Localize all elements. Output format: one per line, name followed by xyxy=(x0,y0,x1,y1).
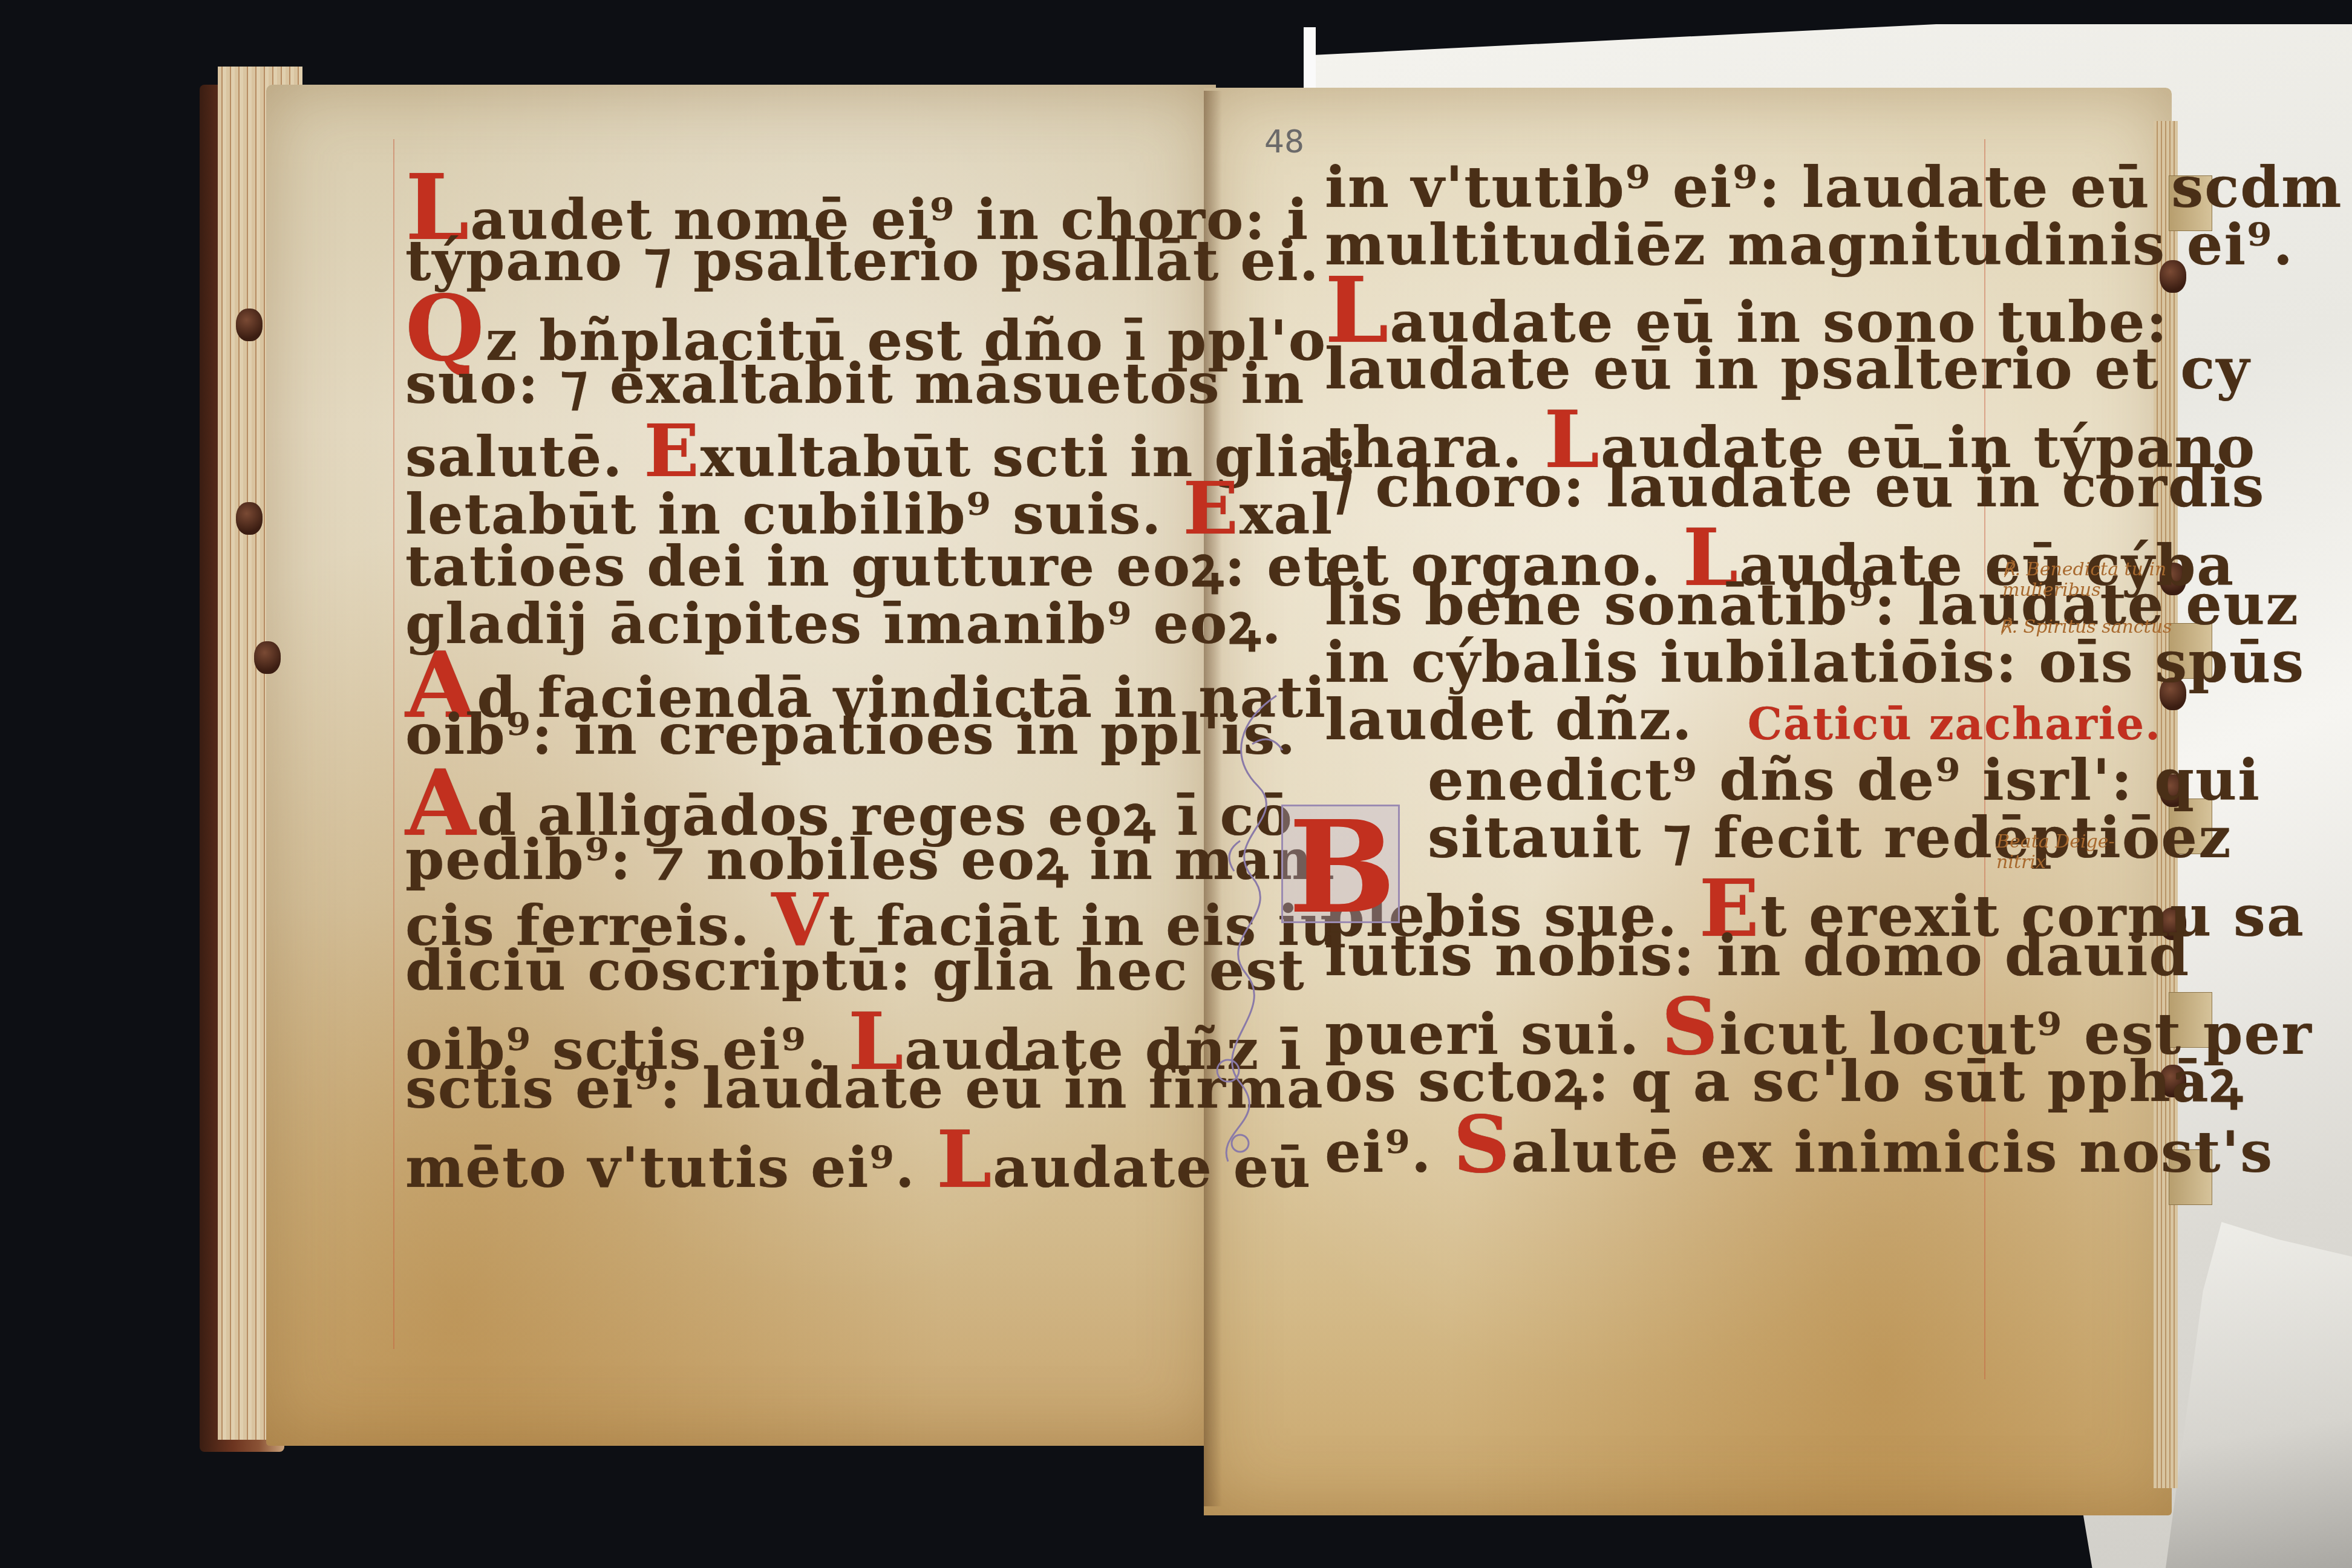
rubricated-initial: S xyxy=(1453,1098,1511,1191)
text-line: in v'tutib⁹ ei⁹: laudate eū scdm xyxy=(1325,154,2343,221)
marginal-note-spiritus: ℟. Spiritus sanctus xyxy=(1999,617,2172,638)
pen-flourish-decoration xyxy=(1204,684,1289,1168)
text-line: ei⁹. Salutē ex inimicis nost's xyxy=(1325,1098,2273,1191)
marginal-note-beata: Beata Deige- nitrix xyxy=(1996,832,2115,873)
text-line: laudet dñz.Cāticū zacharie. xyxy=(1325,687,2161,753)
illuminated-initial-b: B xyxy=(1289,792,1396,942)
text-line: sctis ei⁹: laudate eū in firma xyxy=(405,1056,1324,1121)
marginal-note-benedicta: ℟. Benedicta tu in mulieribus xyxy=(2002,560,2166,601)
text-line: diciū cōscriptū: glia hec est xyxy=(405,938,1305,1003)
tab-knot xyxy=(254,641,281,674)
tab-knot xyxy=(236,309,263,341)
text-line: ⁊ choro: laudate eū in cordis xyxy=(1325,454,2265,520)
text-line: suo: ⁊ exaltabit māsuetos in xyxy=(405,351,1305,416)
ruling-line xyxy=(393,139,394,1349)
canticle-rubric-heading: Cāticū zacharie. xyxy=(1748,698,2161,750)
text-line: in cýbalis iubilatiōis: oīs spūs xyxy=(1325,629,2305,696)
tab-knot xyxy=(236,502,263,535)
text-line: laudate eū in psalterio et cy xyxy=(1325,336,2250,402)
rubricated-initial: L xyxy=(936,1113,993,1206)
text-line: mēto v'tutis ei⁹. Laudate eū xyxy=(405,1113,1312,1206)
text-line: enedict⁹ dñs de⁹ isrl': qui xyxy=(1428,747,2261,814)
text-line: lutis nobis: in domo dauid xyxy=(1325,923,2190,989)
